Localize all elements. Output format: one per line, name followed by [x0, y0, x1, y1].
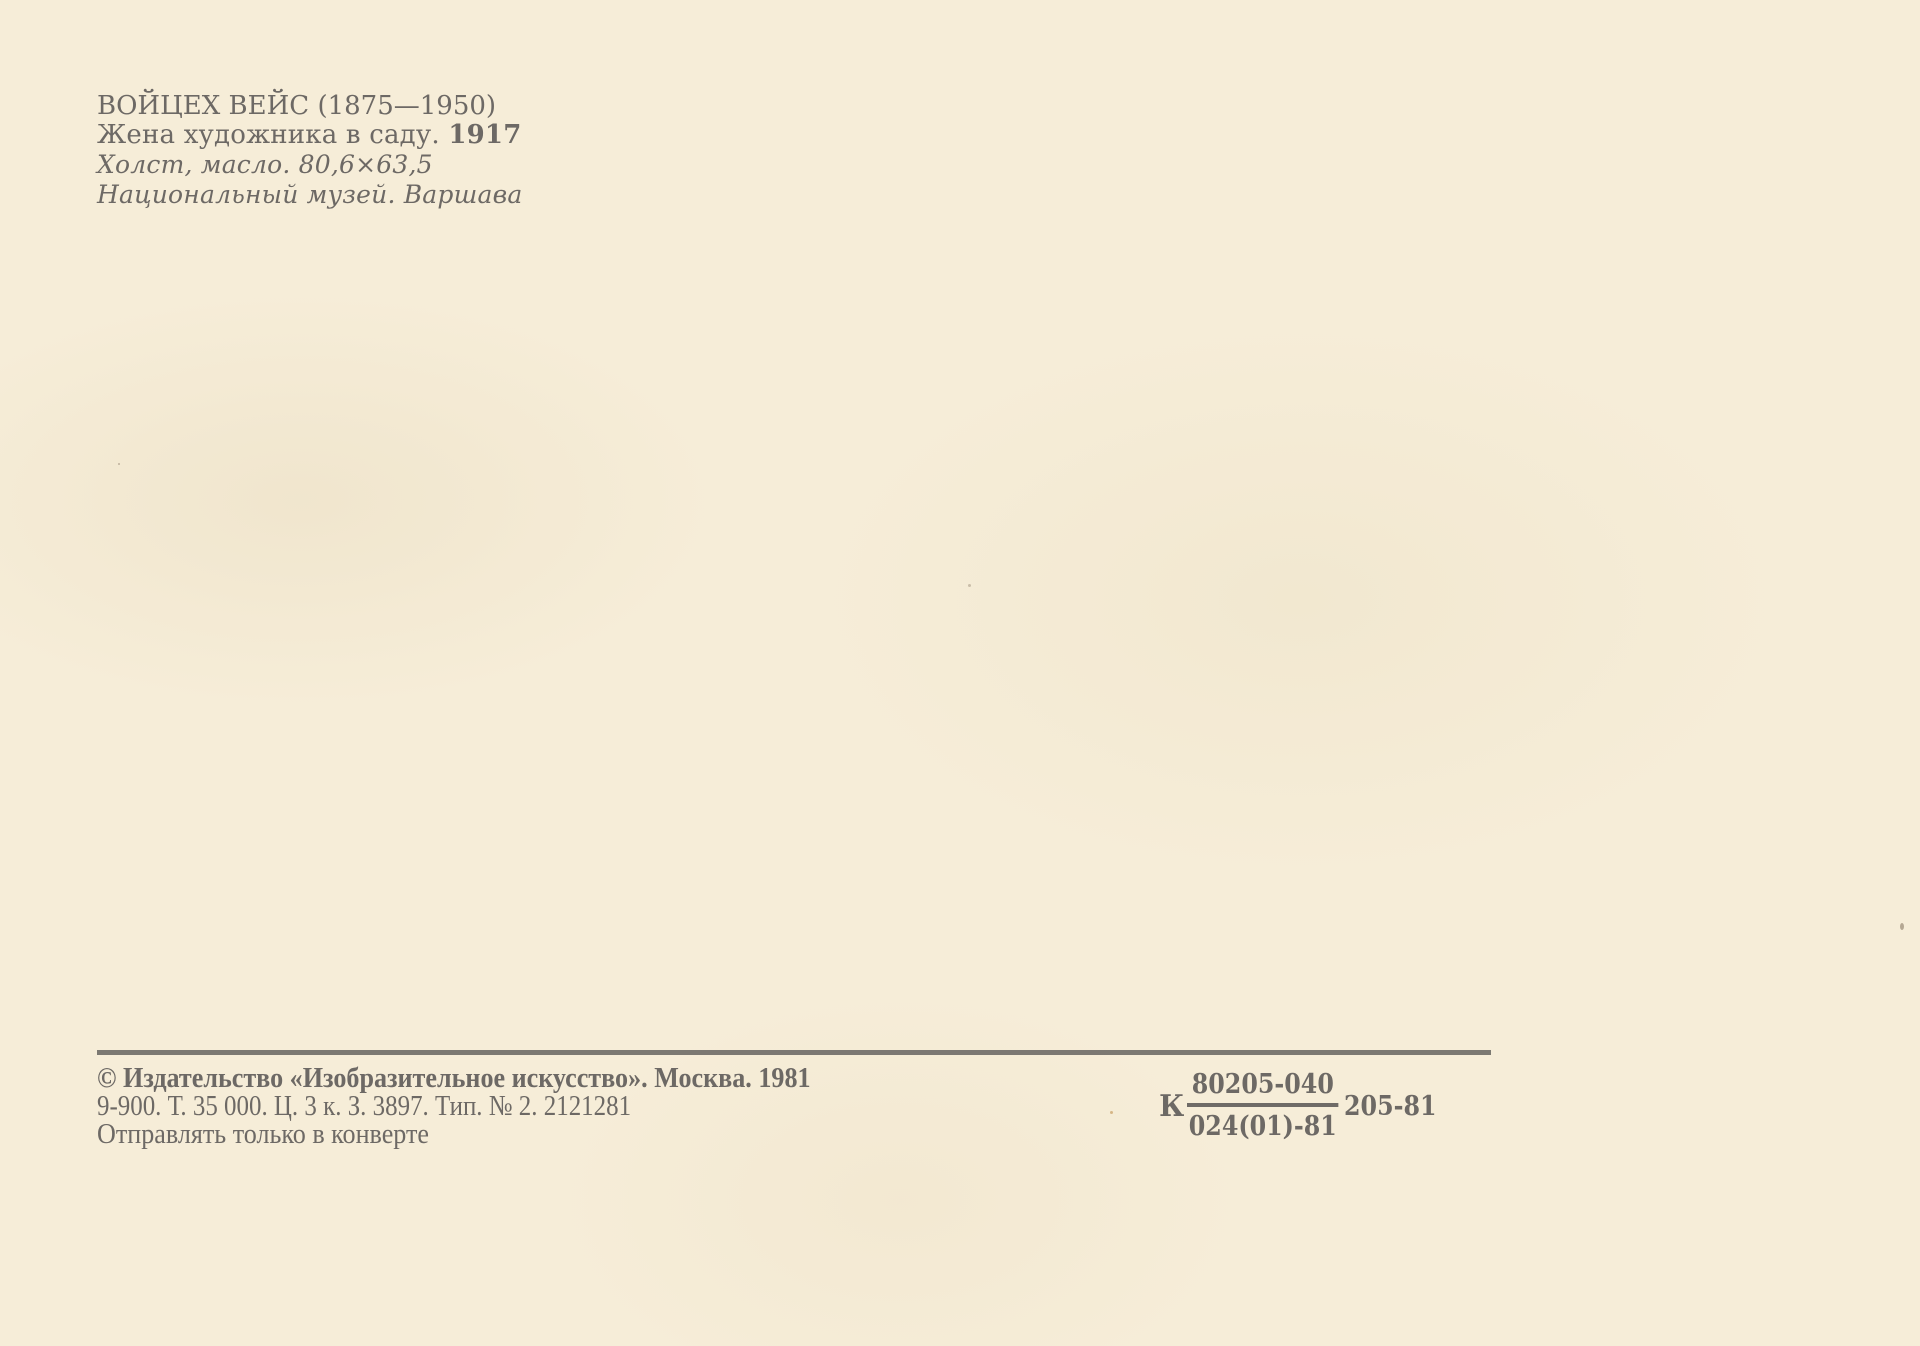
artist-name: ВОЙЦЕХ ВЕЙС (1875—1950)	[97, 92, 522, 121]
fraction-bar	[1187, 1103, 1339, 1107]
paper-speck	[118, 463, 120, 465]
index-letter: К	[1159, 1089, 1184, 1124]
divider-rule	[97, 1050, 1491, 1055]
index-denominator: 024(01)-81	[1187, 1110, 1339, 1144]
artwork-medium: Холст, масло. 80,6×63,5	[97, 150, 522, 179]
paper-speck	[1110, 1111, 1113, 1114]
index-fraction: 80205-040 024(01)-81	[1187, 1068, 1339, 1144]
paper-speck	[968, 584, 971, 587]
catalog-index-code: К 80205-040 024(01)-81 205-81	[1158, 1066, 1449, 1146]
artwork-caption: ВОЙЦЕХ ВЕЙС (1875—1950) Жена художника в…	[97, 92, 522, 211]
index-suffix: 205-81	[1344, 1091, 1437, 1122]
print-info: 9-900. Т. 35 000. Ц. 3 к. З. 3897. Тип. …	[97, 1092, 779, 1120]
artwork-title: Жена художника в саду.	[97, 120, 440, 150]
publisher-imprint: © Издательство «Изобразительное искусств…	[97, 1064, 890, 1148]
publisher-line: © Издательство «Изобразительное искусств…	[97, 1064, 811, 1092]
paper-speck	[1900, 923, 1904, 930]
index-numerator: 80205-040	[1190, 1068, 1336, 1102]
artwork-title-line: Жена художника в саду. 1917	[97, 121, 522, 150]
copyright-icon: ©	[97, 1064, 117, 1092]
artwork-year: 1917	[448, 120, 521, 150]
artwork-museum: Национальный музей. Варшава	[97, 179, 522, 211]
mail-note: Отправлять только в конверте	[97, 1120, 811, 1148]
postcard-back: ВОЙЦЕХ ВЕЙС (1875—1950) Жена художника в…	[0, 0, 1920, 1346]
